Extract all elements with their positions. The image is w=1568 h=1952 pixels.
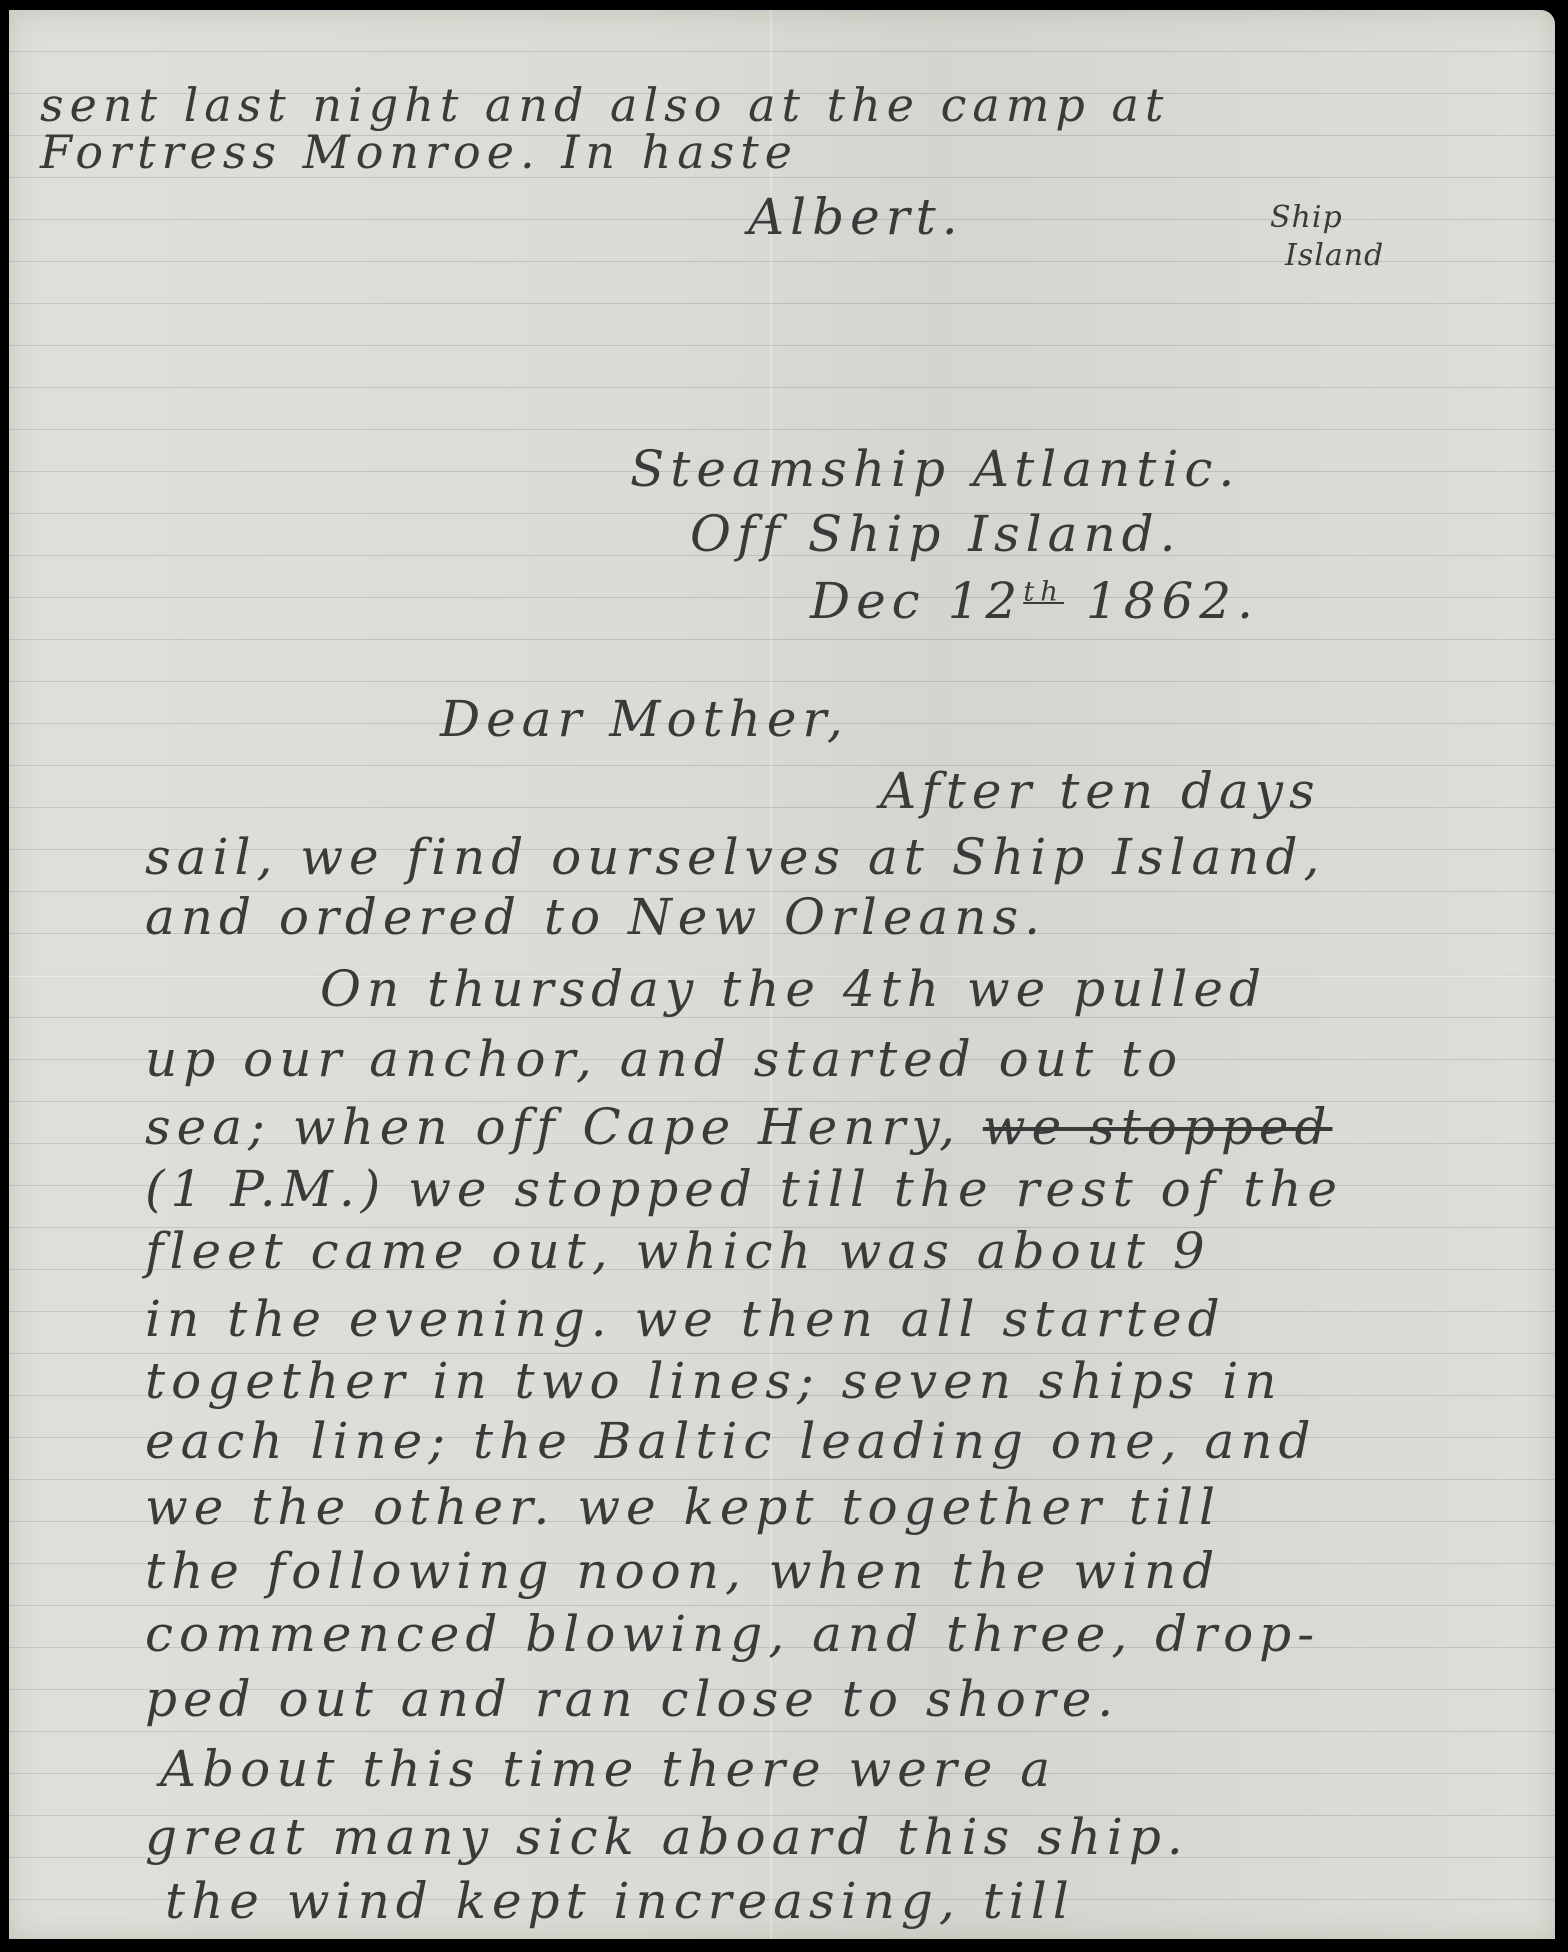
body-line: and ordered to New Orleans. xyxy=(145,888,1046,946)
margin-note-line-1: Ship xyxy=(1270,200,1343,235)
body-line: the wind kept increasing, till xyxy=(165,1872,1075,1930)
body-line: (1 P.M.) we stopped till the rest of the xyxy=(145,1160,1343,1218)
date-day: Dec 12 xyxy=(810,572,1023,630)
heading-location: Off Ship Island. xyxy=(690,505,1182,563)
body-line: each line; the Baltic leading one, and xyxy=(145,1412,1317,1470)
body-line: ped out and ran close to shore. xyxy=(145,1670,1119,1728)
postscript-line-1: sent last night and also at the camp at xyxy=(40,78,1169,132)
body-line: sail, we find ourselves at Ship Island, xyxy=(145,828,1325,886)
body-line: fleet came out, which was about 9 xyxy=(145,1222,1211,1280)
body-line: the following noon, when the wind xyxy=(145,1542,1220,1600)
body-line: together in two lines; seven ships in xyxy=(145,1352,1282,1410)
body-line: About this time there were a xyxy=(160,1740,1056,1798)
postscript-signature: Albert. xyxy=(748,188,964,246)
heading-ship: Steamship Atlantic. xyxy=(630,440,1240,498)
date-year: 1862. xyxy=(1086,572,1259,630)
body-line: On thursday the 4th we pulled xyxy=(320,960,1267,1018)
struck-text: we stopped xyxy=(983,1098,1333,1156)
body-line: great many sick aboard this ship. xyxy=(145,1808,1189,1866)
body-line: up our anchor, and started out to xyxy=(145,1030,1183,1088)
margin-note-line-2: Island xyxy=(1285,238,1384,273)
postscript-line-2: Fortress Monroe. In haste xyxy=(40,125,798,179)
body-text: sea; when off Cape Henry, xyxy=(145,1098,961,1156)
salutation: Dear Mother, xyxy=(440,690,849,748)
body-line: in the evening. we then all started xyxy=(145,1290,1226,1348)
heading-date: Dec 12th 1862. xyxy=(810,572,1259,630)
body-line: sea; when off Cape Henry, we stopped xyxy=(145,1098,1333,1156)
date-ordinal: th xyxy=(1023,575,1064,607)
body-line: we the other. we kept together till xyxy=(145,1478,1221,1536)
body-line: commenced blowing, and three, drop- xyxy=(145,1605,1320,1663)
body-line: After ten days xyxy=(880,762,1321,820)
